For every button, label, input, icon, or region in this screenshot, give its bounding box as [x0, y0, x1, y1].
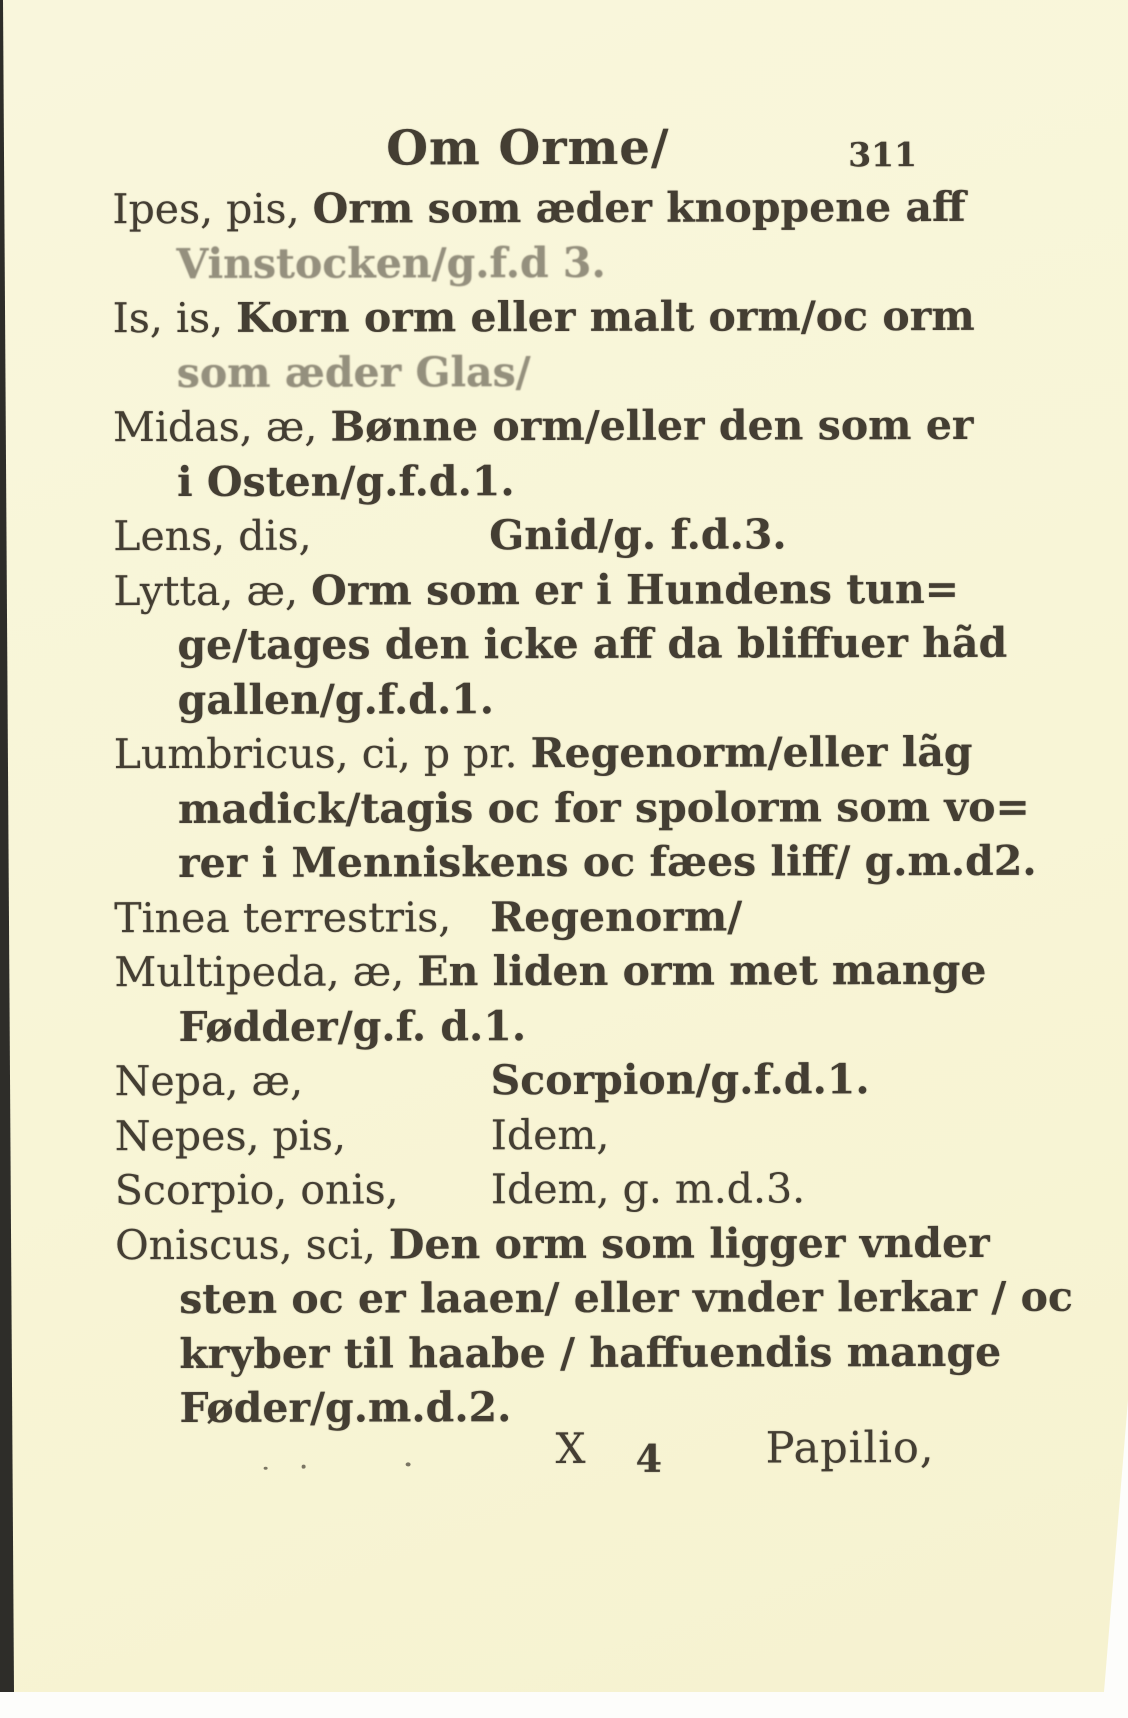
entry-line: sten oc er laaen/ eller vnder lerkar / o… — [115, 1270, 961, 1327]
definition-text: Korn orm eller malt orm/oc orm — [236, 292, 975, 342]
entry-line: ge/tages den icke aff da bliffuer hãd — [113, 616, 959, 673]
entry-line: Multipeda, æ, En liden orm met mange — [114, 943, 960, 1000]
entry-line: i Osten/g.f.d.1. — [113, 452, 959, 509]
entry-line: Fødder/g.f. d.1. — [114, 997, 960, 1054]
entry-line: gallen/g.f.d.1. — [114, 670, 960, 727]
definition-text: som æder Glas/ — [177, 348, 531, 397]
dictionary-entry: Is, is, Korn orm eller malt orm/oc ormso… — [113, 289, 959, 400]
ink-speck — [406, 1462, 411, 1466]
definition-text: Vinstocken/g.f.d 3. — [176, 238, 605, 287]
definition-text: Bønne orm/eller den som er — [330, 401, 973, 451]
definition-text: Orm som er i Hundens tun= — [311, 564, 959, 614]
entry-line: som æder Glas/ — [113, 343, 959, 400]
entry-line: kryber til haabe / haffuendis mange — [115, 1324, 961, 1381]
entry-line: Ipes, pis, Orm som æder knoppene aff — [112, 180, 958, 237]
entry-line-two-col: Nepa, æ,Scorpion/g.f.d.1. — [115, 1052, 961, 1109]
dictionary-entry: Nepa, æ,Scorpion/g.f.d.1. — [115, 1052, 961, 1109]
entry-line: Lumbricus, ci, p pr. Regenorm/eller lãg — [114, 725, 960, 782]
definition: Gnid/g. f.d.3. — [489, 507, 787, 562]
dictionary-entry: Ipes, pis, Orm som æder knoppene affVins… — [112, 180, 958, 291]
definition-text: gallen/g.f.d.1. — [178, 675, 495, 724]
definition-text: sten oc er laaen/ eller vnder lerkar / o… — [179, 1273, 1073, 1323]
lemma: Scorpio, onis, — [115, 1162, 491, 1217]
lemma-text: Multipeda, æ, — [114, 947, 417, 996]
entry-line: Is, is, Korn orm eller malt orm/oc orm — [113, 289, 959, 346]
lemma: Nepes, pis, — [115, 1108, 491, 1163]
definition: Scorpion/g.f.d.1. — [491, 1052, 870, 1107]
entries: Ipes, pis, Orm som æder knoppene affVins… — [112, 180, 961, 1436]
dictionary-entry: Midas, æ, Bønne orm/eller den som eri Os… — [113, 398, 959, 509]
entry-line-two-col: Lens, dis,Gnid/g. f.d.3. — [113, 507, 959, 564]
lemma-text: Lytta, æ, — [113, 566, 311, 615]
page-number: 311 — [848, 135, 917, 174]
entry-line-two-col: Nepes, pis,Idem, — [115, 1106, 961, 1163]
definition-text: Fødder/g.f. d.1. — [178, 1002, 526, 1051]
definition-text: madick/tagis oc for spolorm som vo= — [178, 782, 1030, 832]
definition: Idem, — [491, 1107, 610, 1162]
dictionary-entry: Lumbricus, ci, p pr. Regenorm/eller lãgm… — [114, 725, 960, 891]
lemma-text: Is, is, — [113, 294, 237, 342]
ink-speck — [302, 1465, 306, 1469]
catchword: Papilio, — [766, 1423, 935, 1473]
page-content: Om Orme/ 311 Ipes, pis, Orm som æder kno… — [0, 0, 1128, 1693]
definition-text: Den orm som ligger vnder — [389, 1218, 990, 1268]
definition: Regenorm/ — [490, 889, 742, 944]
entry-line: Midas, æ, Bønne orm/eller den som er — [113, 398, 959, 455]
lemma-text: Lumbricus, ci, p pr. — [114, 729, 531, 778]
definition-text: Regenorm/eller lãg — [530, 728, 972, 777]
footer-line: X 4 Papilio, — [116, 1423, 962, 1495]
lemma: Nepa, æ, — [115, 1053, 491, 1108]
entry-line-two-col: Scorpio, onis,Idem, g. m.d.3. — [115, 1161, 961, 1218]
signature-number: 4 — [636, 1436, 663, 1481]
lemma-text: Oniscus, sci, — [115, 1220, 389, 1269]
page-title: Om Orme/ — [386, 120, 669, 177]
dictionary-entry: Scorpio, onis,Idem, g. m.d.3. — [115, 1161, 961, 1218]
entry-line: Lytta, æ, Orm som er i Hundens tun= — [113, 561, 959, 618]
dictionary-entry: Lytta, æ, Orm som er i Hundens tun=ge/ta… — [113, 561, 959, 727]
scanned-book-page: { "scan_colors":{ "paper":"#f8f5d8", "in… — [0, 0, 1128, 1718]
definition-text: rer i Menniskens oc fæes liff/ g.m.d2. — [178, 837, 1037, 887]
lemma-text: Midas, æ, — [113, 403, 331, 452]
definition-text: kryber til haabe / haffuendis mange — [179, 1327, 1001, 1377]
dictionary-entry: Oniscus, sci, Den orm som ligger vnderst… — [115, 1215, 962, 1435]
definition: Idem, g. m.d.3. — [491, 1161, 805, 1216]
lemma: Lens, dis, — [113, 508, 489, 563]
dictionary-entry: Tinea terrestris,Regenorm/ — [114, 888, 960, 945]
entry-line: Oniscus, sci, Den orm som ligger vnder — [115, 1215, 961, 1272]
ink-speck — [264, 1467, 268, 1470]
lemma: Tinea terrestris, — [114, 890, 490, 945]
lemma-text: Ipes, pis, — [112, 185, 312, 234]
signature-mark: X — [556, 1424, 586, 1473]
definition-text: ge/tages den icke aff da bliffuer hãd — [177, 619, 1007, 669]
dictionary-entry: Nepes, pis,Idem, — [115, 1106, 961, 1163]
entry-line: madick/tagis oc for spolorm som vo= — [114, 779, 960, 836]
definition-text: En liden orm met mange — [417, 946, 986, 995]
entry-line: rer i Menniskens oc fæes liff/ g.m.d2. — [114, 834, 960, 891]
dictionary-entry: Multipeda, æ, En liden orm met mangeFødd… — [114, 943, 960, 1054]
entry-line: Vinstocken/g.f.d 3. — [112, 234, 958, 291]
entry-line-two-col: Tinea terrestris,Regenorm/ — [114, 888, 960, 945]
dictionary-entry: Lens, dis,Gnid/g. f.d.3. — [113, 507, 959, 564]
definition-text: i Osten/g.f.d.1. — [177, 457, 515, 506]
definition-text: Orm som æder knoppene aff — [313, 183, 966, 233]
